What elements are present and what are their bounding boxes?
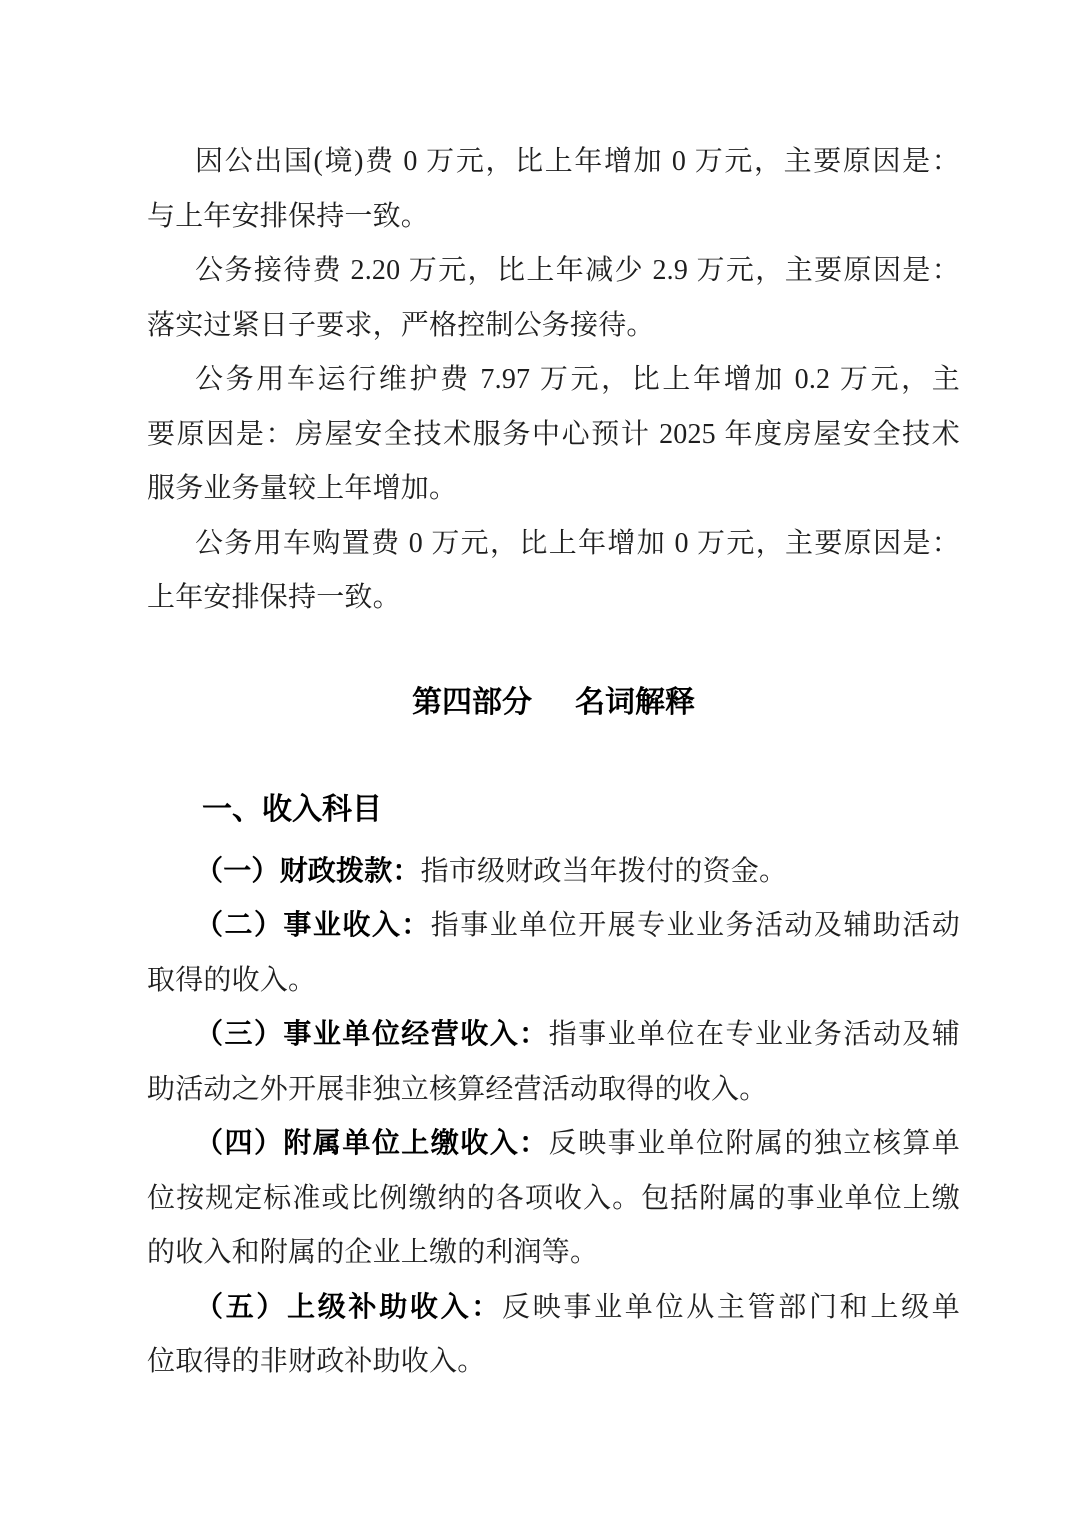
paragraph-line: 公务用车购置费 0 万元，比上年增加 0 万元，主要原因是：: [147, 517, 960, 572]
paragraph-line: 与上年安排保持一致。: [147, 190, 960, 245]
text-run: 位按规定标准或比例缴纳的各项收入。包括附属的事业单位上缴: [147, 1183, 960, 1214]
term-paragraph: （二）事业收入：指事业单位开展专业业务活动及辅助活动取得的收入。: [147, 899, 960, 1008]
text-run: 公务接待费 2.20 万元，比上年减少 2.9 万元，主要原因是：: [195, 255, 960, 286]
paragraph-line: （三）事业单位经营收入：指事业单位在专业业务活动及辅: [147, 1008, 960, 1063]
text-run: 与上年安排保持一致。: [147, 201, 429, 232]
term-label: （五）上级补助收入：: [195, 1292, 502, 1323]
text-run: 取得的收入。: [147, 965, 316, 996]
paragraph-line: （五）上级补助收入：反映事业单位从主管部门和上级单: [147, 1281, 960, 1336]
text-run: 反映事业单位附属的独立核算单: [549, 1128, 960, 1159]
text-run: 助活动之外开展非独立核算经营活动取得的收入。: [147, 1074, 767, 1105]
paragraph-line: 上年安排保持一致。: [147, 571, 960, 626]
text-run: 指事业单位开展专业业务活动及辅助活动: [431, 910, 960, 941]
term-paragraph: （一）财政拨款：指市级财政当年拨付的资金。: [147, 845, 960, 900]
paragraph-line: 的收入和附属的企业上缴的利润等。: [147, 1226, 960, 1281]
term-label: （一）财政拨款：: [195, 856, 421, 887]
paragraph-line: （四）附属单位上缴收入：反映事业单位附属的独立核算单: [147, 1117, 960, 1172]
text-run: 指事业单位在专业业务活动及辅: [549, 1019, 960, 1050]
document-content: 因公出国(境)费 0 万元，比上年增加 0 万元，主要原因是：与上年安排保持一致…: [147, 0, 960, 1390]
text-run: 落实过紧日子要求，严格控制公务接待。: [147, 310, 655, 341]
text-run: 指市级财政当年拨付的资金。: [421, 856, 788, 887]
paragraph-line: 公务用车运行维护费 7.97 万元，比上年增加 0.2 万元，主: [147, 353, 960, 408]
body-paragraph: 公务用车购置费 0 万元，比上年增加 0 万元，主要原因是：上年安排保持一致。: [147, 517, 960, 626]
document-page: 因公出国(境)费 0 万元，比上年增加 0 万元，主要原因是：与上年安排保持一致…: [0, 0, 1074, 1520]
text-run: 的收入和附属的企业上缴的利润等。: [147, 1237, 598, 1268]
paragraph-line: 因公出国(境)费 0 万元，比上年增加 0 万元，主要原因是：: [147, 135, 960, 190]
text-run: 位取得的非财政补助收入。: [147, 1346, 485, 1377]
paragraph-line: 助活动之外开展非独立核算经营活动取得的收入。: [147, 1063, 960, 1118]
paragraph-line: 要原因是：房屋安全技术服务中心预计 2025 年度房屋安全技术: [147, 408, 960, 463]
term-paragraph: （三）事业单位经营收入：指事业单位在专业业务活动及辅助活动之外开展非独立核算经营…: [147, 1008, 960, 1117]
body-paragraph: 因公出国(境)费 0 万元，比上年增加 0 万元，主要原因是：与上年安排保持一致…: [147, 135, 960, 244]
body-paragraph: 公务用车运行维护费 7.97 万元，比上年增加 0.2 万元，主要原因是：房屋安…: [147, 353, 960, 517]
paragraph-line: 位取得的非财政补助收入。: [147, 1335, 960, 1390]
body-paragraph: 公务接待费 2.20 万元，比上年减少 2.9 万元，主要原因是：落实过紧日子要…: [147, 244, 960, 353]
paragraph-line: 位按规定标准或比例缴纳的各项收入。包括附属的事业单位上缴: [147, 1172, 960, 1227]
paragraph-line: 落实过紧日子要求，严格控制公务接待。: [147, 299, 960, 354]
term-label: （三）事业单位经营收入：: [195, 1019, 549, 1050]
part-title-text: 第四部分: [412, 686, 532, 719]
paragraph-line: 公务接待费 2.20 万元，比上年减少 2.9 万元，主要原因是：: [147, 244, 960, 299]
text-run: 因公出国(境)费 0 万元，比上年增加 0 万元，主要原因是：: [195, 146, 960, 177]
text-run: 上年安排保持一致。: [147, 582, 401, 613]
text-run: 公务用车购置费 0 万元，比上年增加 0 万元，主要原因是：: [195, 528, 960, 559]
term-label: （二）事业收入：: [195, 910, 431, 941]
section-heading: 一、收入科目: [202, 783, 960, 838]
text-run: 公务用车运行维护费 7.97 万元，比上年增加 0.2 万元，主: [195, 364, 960, 395]
text-run: 反映事业单位从主管部门和上级单: [502, 1292, 960, 1323]
paragraph-line: （二）事业收入：指事业单位开展专业业务活动及辅助活动: [147, 899, 960, 954]
text-run: 要原因是：房屋安全技术服务中心预计 2025 年度房屋安全技术: [147, 419, 960, 450]
part-title-text: 名词解释: [575, 686, 695, 719]
part-title: 第四部分名词解释: [147, 676, 960, 731]
term-paragraph: （五）上级补助收入：反映事业单位从主管部门和上级单位取得的非财政补助收入。: [147, 1281, 960, 1390]
term-label: （四）附属单位上缴收入：: [195, 1128, 549, 1159]
term-paragraph: （四）附属单位上缴收入：反映事业单位附属的独立核算单位按规定标准或比例缴纳的各项…: [147, 1117, 960, 1281]
text-run: 服务业务量较上年增加。: [147, 473, 457, 504]
paragraph-line: （一）财政拨款：指市级财政当年拨付的资金。: [147, 845, 960, 900]
section-heading-text: 一、收入科目: [202, 793, 382, 826]
paragraph-line: 取得的收入。: [147, 954, 960, 1009]
paragraph-line: 服务业务量较上年增加。: [147, 462, 960, 517]
